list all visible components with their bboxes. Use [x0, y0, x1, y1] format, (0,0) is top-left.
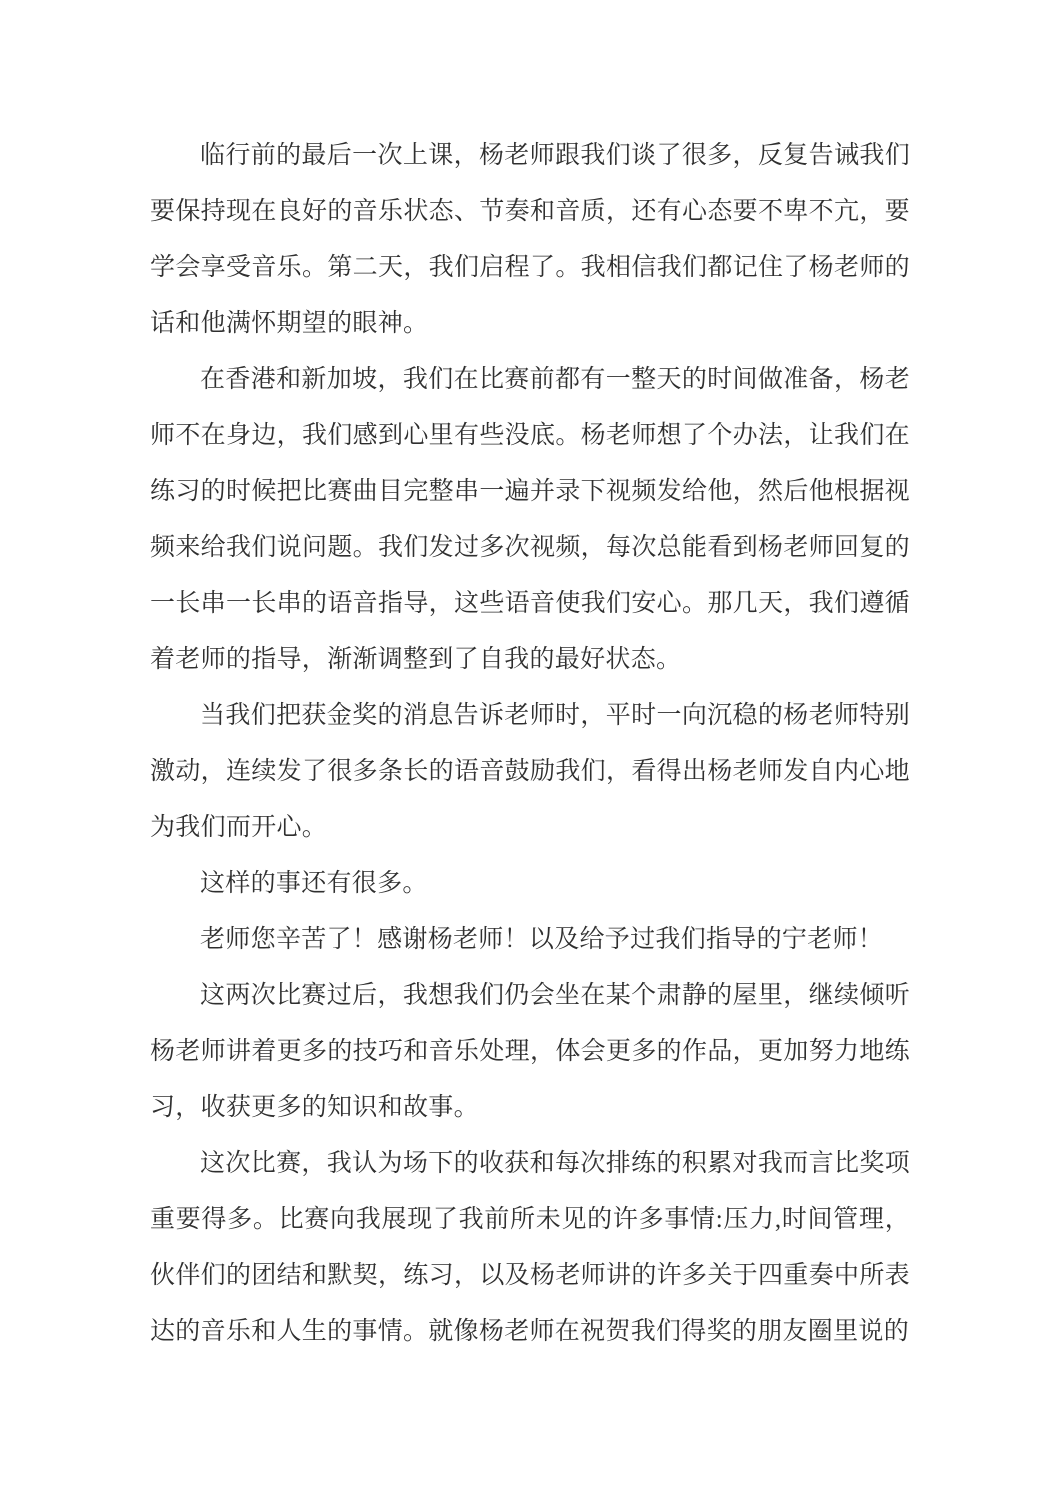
- paragraph-1: 临行前的最后一次上课，杨老师跟我们谈了很多，反复告诫我们要保持现在良好的音乐状态…: [150, 128, 910, 352]
- paragraph-2: 在香港和新加坡，我们在比赛前都有一整天的时间做准备，杨老师不在身边，我们感到心里…: [150, 352, 910, 688]
- document-page: 临行前的最后一次上课，杨老师跟我们谈了很多，反复告诫我们要保持现在良好的音乐状态…: [0, 0, 1060, 1500]
- paragraph-3: 当我们把获金奖的消息告诉老师时，平时一向沉稳的杨老师特别激动，连续发了很多条长的…: [150, 688, 910, 856]
- paragraph-5: 老师您辛苦了！感谢杨老师！以及给予过我们指导的宁老师！: [150, 912, 910, 968]
- paragraph-7: 这次比赛，我认为场下的收获和每次排练的积累对我而言比奖项重要得多。比赛向我展现了…: [150, 1136, 910, 1360]
- document-content: 临行前的最后一次上课，杨老师跟我们谈了很多，反复告诫我们要保持现在良好的音乐状态…: [0, 0, 1060, 1360]
- paragraph-4: 这样的事还有很多。: [150, 856, 910, 912]
- paragraph-6: 这两次比赛过后，我想我们仍会坐在某个肃静的屋里，继续倾听杨老师讲着更多的技巧和音…: [150, 968, 910, 1136]
